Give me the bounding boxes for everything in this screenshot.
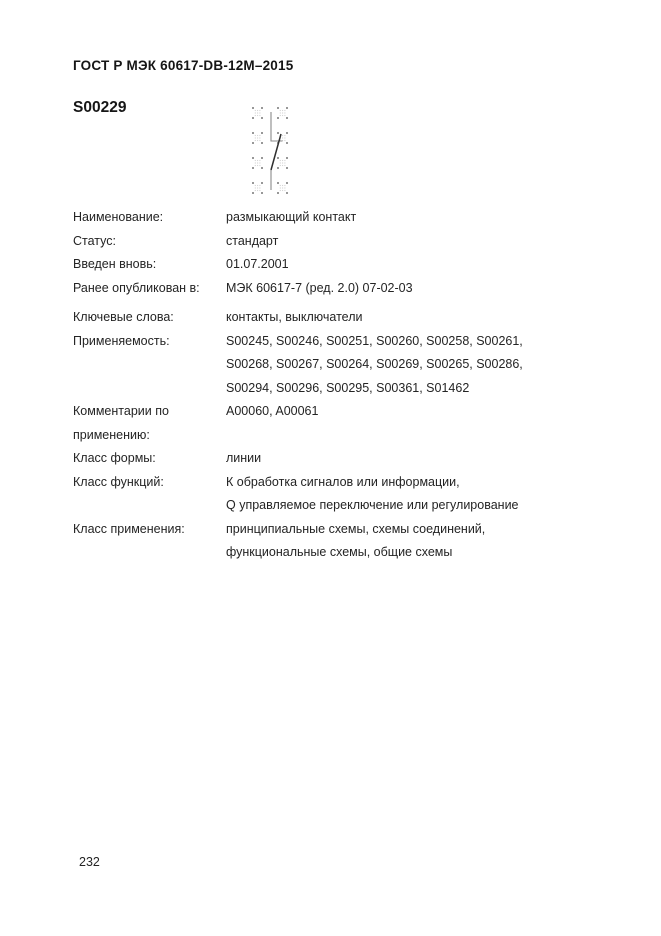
- document-title: ГОСТ Р МЭК 60617-DB-12M–2015: [73, 58, 293, 73]
- field-row-status: Статус: стандарт: [73, 230, 613, 254]
- symbol-id: S00229: [73, 99, 126, 117]
- field-value: принципиальные схемы, схемы соединений, …: [226, 518, 613, 565]
- field-row-function-class: Класс функций: К обработка сигналов или …: [73, 471, 613, 518]
- value-line: Q управляемое переключение или регулиров…: [226, 494, 613, 518]
- field-row-application-class: Класс применения: принципиальные схемы, …: [73, 518, 613, 565]
- field-label: Наименование:: [73, 206, 226, 230]
- document-page: ГОСТ Р МЭК 60617-DB-12M–2015 S00229: [0, 0, 661, 936]
- field-value: размыкающий контакт: [226, 206, 613, 230]
- value-line: A00060, A00061: [226, 400, 613, 424]
- value-line: принципиальные схемы, схемы соединений,: [226, 518, 613, 542]
- field-value: контакты, выключатели: [226, 306, 613, 330]
- field-value: 01.07.2001: [226, 253, 613, 277]
- value-line: МЭК 60617-7 (ред. 2.0) 07-02-03: [226, 277, 613, 301]
- field-value: МЭК 60617-7 (ред. 2.0) 07-02-03: [226, 277, 613, 301]
- attribute-table: Наименование: размыкающий контакт Статус…: [73, 206, 613, 565]
- value-line: размыкающий контакт: [226, 206, 613, 230]
- value-line: контакты, выключатели: [226, 306, 613, 330]
- field-row-shape-class: Класс формы: линии: [73, 447, 613, 471]
- field-value: К обработка сигналов или информации, Q у…: [226, 471, 613, 518]
- value-line: функциональные схемы, общие схемы: [226, 541, 613, 565]
- field-label: Применяемость:: [73, 330, 226, 354]
- field-value: S00245, S00246, S00251, S00260, S00258, …: [226, 330, 613, 401]
- field-label: Ранее опубликован в:: [73, 277, 226, 301]
- field-row-applicability: Применяемость: S00245, S00246, S00251, S…: [73, 330, 613, 401]
- field-label: Введен вновь:: [73, 253, 226, 277]
- field-row-application-comments: Комментарии по применению: A00060, A0006…: [73, 400, 613, 447]
- field-label: Статус:: [73, 230, 226, 254]
- page-number: 232: [79, 855, 100, 869]
- field-value: стандарт: [226, 230, 613, 254]
- field-row-name: Наименование: размыкающий контакт: [73, 206, 613, 230]
- field-row-keywords: Ключевые слова: контакты, выключатели: [73, 306, 613, 330]
- value-line: S00268, S00267, S00264, S00269, S00265, …: [226, 353, 613, 377]
- value-line: 01.07.2001: [226, 253, 613, 277]
- field-label: Класс формы:: [73, 447, 226, 471]
- value-line: линии: [226, 447, 613, 471]
- field-label: Класс применения:: [73, 518, 226, 542]
- field-value: линии: [226, 447, 613, 471]
- field-value: A00060, A00061: [226, 400, 613, 424]
- design-grid-dots: [251, 106, 293, 196]
- value-line: К обработка сигналов или информации,: [226, 471, 613, 495]
- value-line: S00294, S00296, S00295, S00361, S01462: [226, 377, 613, 401]
- field-label: Класс функций:: [73, 471, 226, 495]
- value-line: S00245, S00246, S00251, S00260, S00258, …: [226, 330, 613, 354]
- field-label: Комментарии по применению:: [73, 400, 226, 447]
- field-row-previously-published: Ранее опубликован в: МЭК 60617-7 (ред. 2…: [73, 277, 613, 301]
- break-contact-symbol-icon: [246, 102, 306, 197]
- field-label: Ключевые слова:: [73, 306, 226, 330]
- field-row-introduced: Введен вновь: 01.07.2001: [73, 253, 613, 277]
- value-line: стандарт: [226, 230, 613, 254]
